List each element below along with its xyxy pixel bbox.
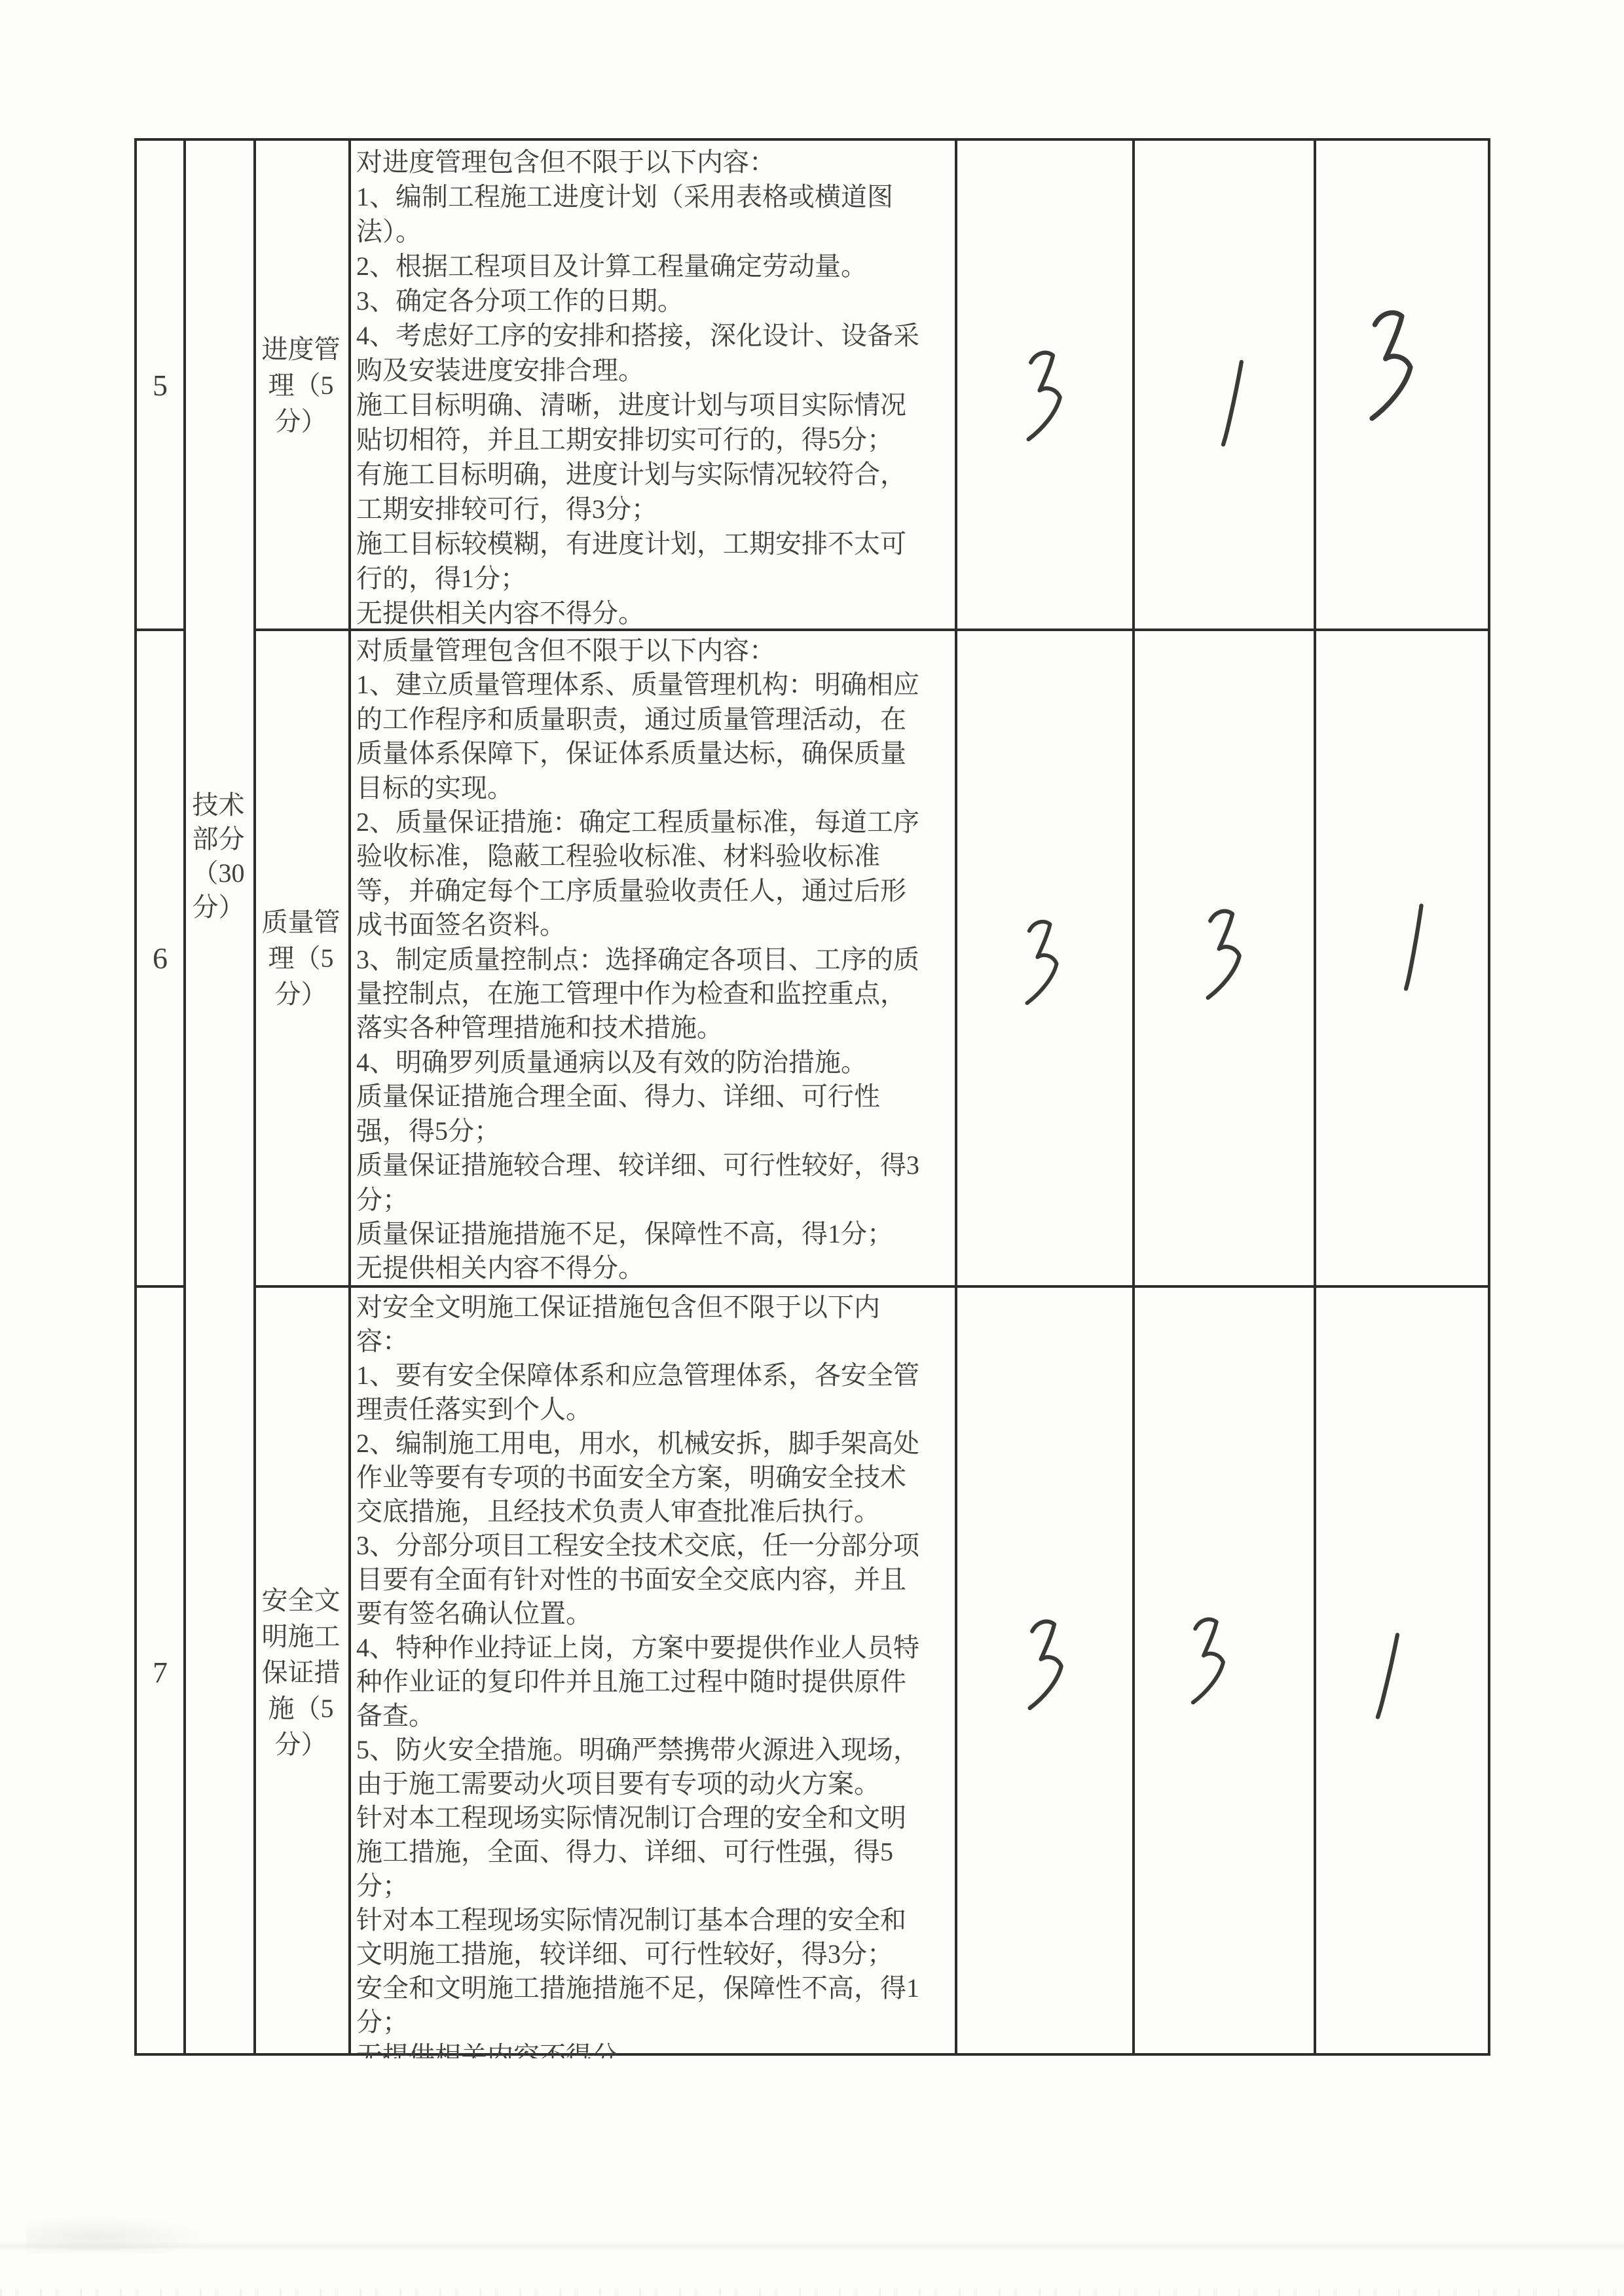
scan-noise — [0, 2242, 1624, 2251]
scan-noise — [0, 2289, 1624, 2296]
criteria-cell: 对质量管理包含但不限于以下内容：1、建立质量管理体系、质量管理机构：明确相应的工… — [348, 630, 955, 1286]
pen-stroke — [1020, 911, 1069, 1016]
handwritten-score-3 — [955, 630, 1132, 1286]
criteria-line: 2、编制施工用电，用水，机械安拆，脚手架高处作业等要有专项的书面安全方案，明确安… — [356, 1427, 926, 1529]
criteria-line: 1、要有安全保障体系和应急管理体系，各安全管理责任落实到个人。 — [356, 1358, 926, 1427]
criteria-line: 1、建立质量管理体系、质量管理机构：明确相应的工作程序和质量职责，通过质量管理活… — [356, 668, 926, 805]
criteria-line: 2、根据工程项目及计算工程量确定劳动量。 — [356, 249, 926, 283]
criteria-line: 4、明确罗列质量通病以及有效的防治措施。 — [356, 1046, 926, 1080]
row-number: 7 — [137, 1286, 183, 2058]
criteria-line: 无提供相关内容不得分。 — [356, 1251, 926, 1285]
handwritten-score-1 — [1314, 1286, 1493, 2058]
criteria-line: 质量保证措施合理全面、得力、详细、可行性强，得5分； — [356, 1080, 926, 1148]
criteria-line: 4、考虑好工序的安排和搭接，深化设计、设备采购及安装进度安排合理。 — [356, 318, 926, 388]
item-label: 安全文明施工保证措施（5分） — [253, 1582, 348, 1762]
criteria-line: 安全和文明施工措施措施不足，保障性不高，得1分； — [356, 1971, 926, 2039]
pen-stroke — [1022, 342, 1074, 453]
item-label: 进度管理（5分） — [253, 331, 348, 439]
criteria-line: 3、确定各分项工作的日期。 — [356, 283, 926, 318]
criteria-line: 施工目标明确、清晰，进度计划与项目实际情况贴切相符，并且工期安排切实可行的，得5… — [356, 388, 926, 457]
pen-stroke — [1211, 349, 1251, 462]
criteria-line: 2、质量保证措施：确定工程质量标准，每道工序验收标准，隐蔽工程验收标准、材料验收… — [356, 805, 926, 943]
criteria-line: 针对本工程现场实际情况制订合理的安全和文明施工措施，全面、得力、详细、可行性强，… — [356, 1801, 926, 1903]
handwritten-score-3 — [955, 1286, 1132, 2058]
criteria-line: 3、分部分项目工程安全技术交底，任一分部分项目要有全面有针对性的书面安全交底内容… — [356, 1529, 926, 1631]
pen-stroke — [1186, 1609, 1236, 1715]
scanned-page: 技术部分（30分） 5 进度管理（5分） 对进度管理包含但不限于以下内容：1、编… — [0, 0, 1624, 2296]
table-row: 6 质量管理（5分） 对质量管理包含但不限于以下内容：1、建立质量管理体系、质量… — [137, 630, 1488, 1286]
criteria-line: 对安全文明施工保证措施包含但不限于以下内容： — [356, 1290, 926, 1358]
table-row: 7 安全文明施工保证措施（5分） 对安全文明施工保证措施包含但不限于以下内容：1… — [137, 1286, 1488, 2058]
pen-stroke — [1201, 900, 1253, 1011]
row-number: 5 — [137, 141, 183, 630]
criteria-line: 对进度管理包含但不限于以下内容： — [356, 145, 926, 179]
item-label: 质量管理（5分） — [253, 904, 348, 1012]
criteria-line: 质量保证措施较合理、较详细、可行性较好，得3分； — [356, 1148, 926, 1217]
handwritten-score-1 — [1314, 630, 1493, 1286]
item-cell: 进度管理（5分） — [253, 141, 348, 630]
handwritten-score-3 — [1132, 630, 1314, 1286]
evaluation-table: 技术部分（30分） 5 进度管理（5分） 对进度管理包含但不限于以下内容：1、编… — [134, 138, 1490, 2056]
item-cell: 安全文明施工保证措施（5分） — [253, 1286, 348, 2058]
criteria-line: 对质量管理包含但不限于以下内容： — [356, 634, 926, 668]
handwritten-score-1 — [1132, 141, 1314, 630]
criteria-cell: 对安全文明施工保证措施包含但不限于以下内容：1、要有安全保障体系和应急管理体系，… — [348, 1286, 955, 2058]
criteria-line: 5、防火安全措施。明确严禁携带火源进入现场，由于施工需要动火项目要有专项的动火方… — [356, 1733, 926, 1801]
pen-stroke — [1395, 894, 1430, 1005]
criteria-cell: 对进度管理包含但不限于以下内容：1、编制工程施工进度计划（采用表格或横道图法）。… — [348, 141, 955, 630]
criteria-line: 无提供相关内容不得分。 — [356, 2039, 926, 2058]
handwritten-score-3 — [1314, 141, 1493, 630]
row-number: 6 — [137, 630, 183, 1286]
item-cell: 质量管理（5分） — [253, 630, 348, 1286]
handwritten-score-3 — [955, 141, 1132, 630]
criteria-line: 针对本工程现场实际情况制订基本合理的安全和文明施工措施，较详细、可行性较好，得3… — [356, 1903, 926, 1971]
criteria-line: 1、编制工程施工进度计划（采用表格或横道图法）。 — [356, 179, 926, 249]
criteria-line: 3、制定质量控制点：选择确定各项目、工序的质量控制点，在施工管理中作为检查和监控… — [356, 943, 926, 1046]
pen-stroke — [1366, 1621, 1407, 1734]
pen-stroke — [1023, 1611, 1075, 1722]
table-row: 5 进度管理（5分） 对进度管理包含但不限于以下内容：1、编制工程施工进度计划（… — [137, 141, 1488, 630]
pen-stroke — [1363, 299, 1428, 435]
criteria-line: 施工目标较模糊，有进度计划，工期安排不太可行的，得1分； — [356, 526, 926, 596]
criteria-line: 质量保证措施措施不足，保障性不高，得1分； — [356, 1217, 926, 1251]
criteria-line: 有施工目标明确，进度计划与实际情况较符合，工期安排较可行，得3分； — [356, 457, 926, 526]
criteria-line: 无提供相关内容不得分。 — [356, 596, 926, 630]
handwritten-score-3 — [1132, 1286, 1314, 2058]
criteria-line: 4、特种作业持证上岗，方案中要提供作业人员特种作业证的复印件并且施工过程中随时提… — [356, 1631, 926, 1733]
